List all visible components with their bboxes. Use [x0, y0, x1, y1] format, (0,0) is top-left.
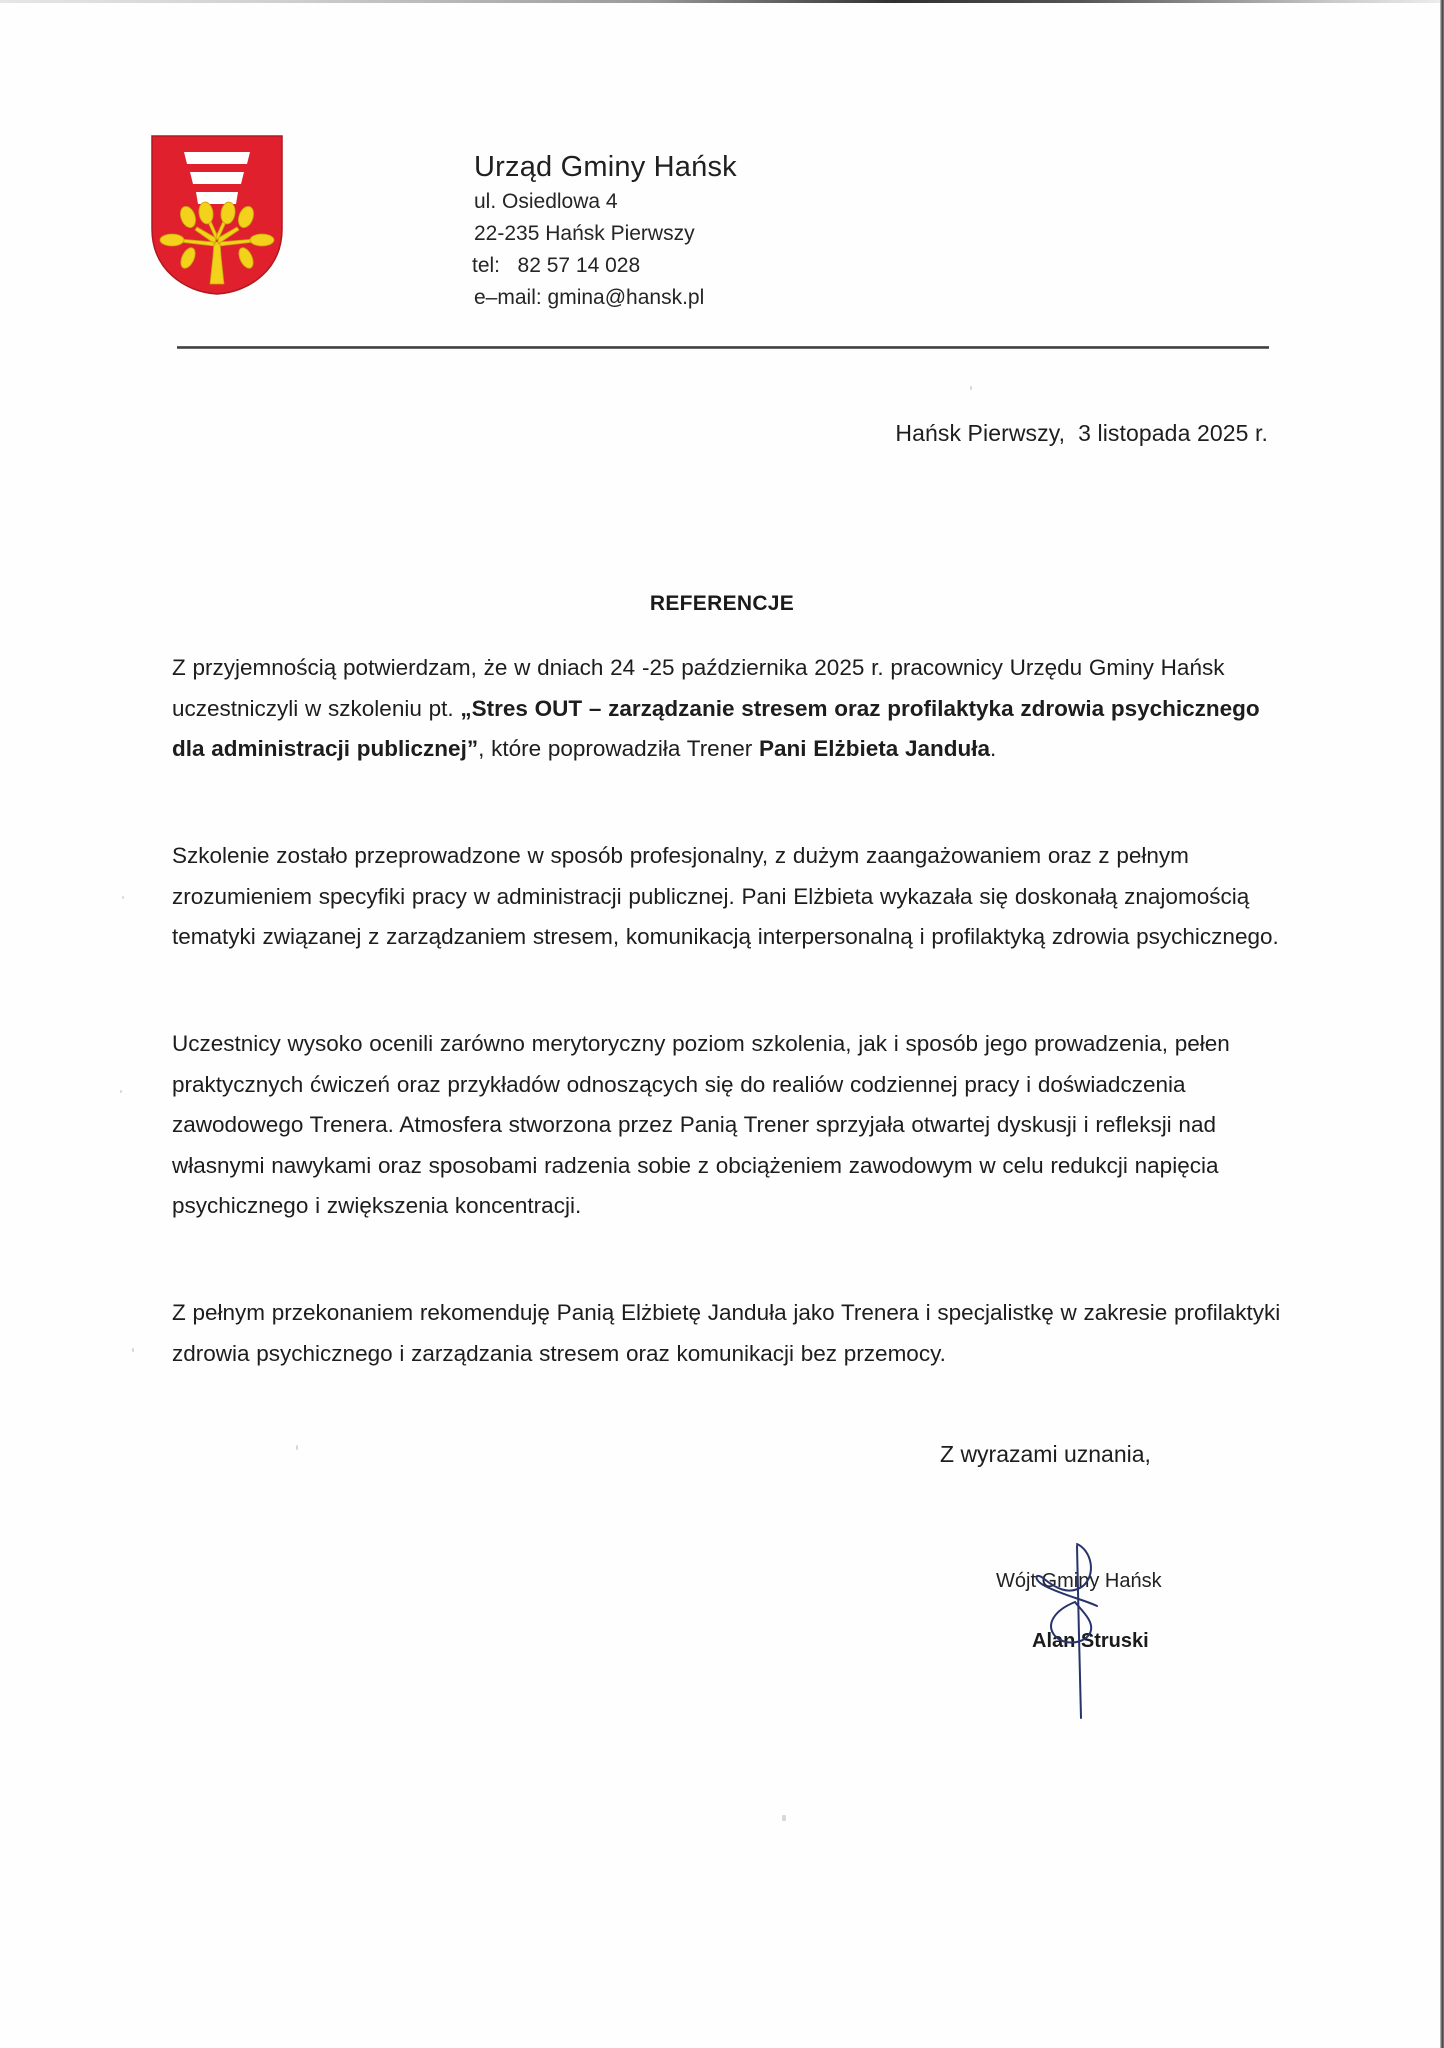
letterhead-divider: [177, 346, 1269, 349]
scan-speck: [120, 1090, 122, 1093]
office-phone: tel: 82 57 14 028: [472, 250, 737, 282]
office-email: e–mail: gmina@hansk.pl: [474, 282, 737, 314]
scan-speck: [132, 1348, 134, 1352]
scan-edge-right: [1440, 0, 1444, 2048]
paragraph-3: Uczestnicy wysoko ocenili zarówno meryto…: [172, 1024, 1282, 1227]
letterhead: Urząd Gminy Hańsk ul. Osiedlowa 4 22-235…: [474, 148, 737, 314]
paragraph-2-text: Szkolenie zostało przeprowadzone w sposó…: [172, 836, 1282, 958]
paragraph-1-middle: , które poprowadziła Trener: [478, 736, 759, 761]
date-line: Hańsk Pierwszy, 3 listopada 2025 r.: [895, 420, 1268, 447]
office-street: ul. Osiedlowa 4: [474, 186, 737, 218]
paragraph-2: Szkolenie zostało przeprowadzone w sposó…: [172, 836, 1282, 958]
paragraph-4-text: Z pełnym przekonaniem rekomenduję Panią …: [172, 1293, 1282, 1374]
trainer-name: Pani Elżbieta Janduła: [759, 736, 990, 761]
handwritten-signature-icon: [1025, 1540, 1135, 1720]
scan-edge-top: [0, 0, 1444, 3]
closing-phrase: Z wyrazami uznania,: [940, 1441, 1151, 1468]
paragraph-3-text: Uczestnicy wysoko ocenili zarówno meryto…: [172, 1024, 1282, 1227]
scan-speck: [782, 1815, 786, 1821]
document-heading: REFERENCJE: [0, 592, 1444, 616]
scan-speck: [296, 1445, 298, 1450]
paragraph-1-end: .: [990, 736, 996, 761]
coat-of-arms-icon: [150, 134, 284, 296]
office-city: 22-235 Hańsk Pierwszy: [474, 218, 737, 250]
paragraph-4: Z pełnym przekonaniem rekomenduję Panią …: [172, 1293, 1282, 1374]
paragraph-1: Z przyjemnością potwierdzam, że w dniach…: [172, 648, 1282, 770]
scan-speck: [122, 896, 124, 899]
scan-speck: [970, 386, 972, 390]
office-name: Urząd Gminy Hańsk: [474, 148, 737, 186]
